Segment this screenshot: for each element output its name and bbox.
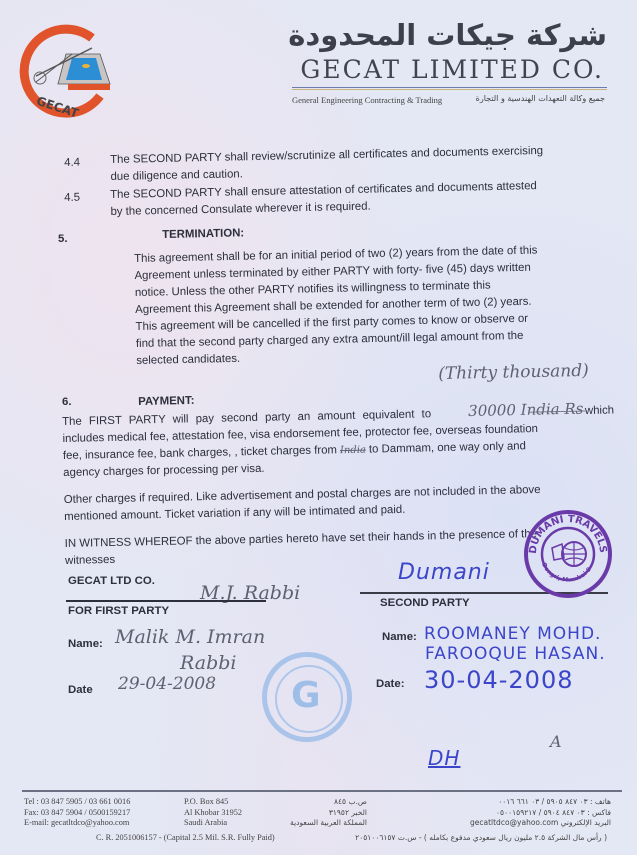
handwritten-amount-words: (Thirty thousand): [438, 361, 589, 384]
tagline-english: General Engineering Contracting & Tradin…: [292, 95, 442, 105]
payment-heading: PAYMENT:: [138, 395, 195, 408]
first-party-signature-line: [66, 600, 266, 602]
second-party-label: SECOND PARTY: [380, 597, 470, 609]
first-party-name-line2: Rabbi: [180, 652, 236, 674]
first-party-name-label: Name:: [68, 638, 103, 650]
second-party-name-label: Name:: [382, 631, 417, 643]
dumani-travels-stamp-icon: DUMANI TRAVELS Dongri, Mumbai-9: [522, 508, 614, 600]
svg-text:DUMANI TRAVELS: DUMANI TRAVELS: [528, 514, 608, 555]
svg-text:Dongri, Mumbai-9: Dongri, Mumbai-9: [540, 562, 593, 584]
initials-right: A: [550, 732, 562, 751]
gecat-company-seal: G: [262, 652, 352, 742]
second-party-name-line1: ROOMANEY MOHD.: [424, 624, 601, 644]
footer-divider: [22, 790, 622, 792]
company-name-english: GECAT LIMITED CO.: [300, 55, 604, 84]
header-divider: [292, 87, 607, 88]
termination-paragraph: This agreement shall be for an initial p…: [134, 243, 540, 370]
termination-heading: TERMINATION:: [162, 227, 244, 241]
first-party-name-line1: Malik M. Imran: [115, 626, 265, 648]
section-number-6: 6.: [62, 396, 72, 408]
footer-cr-ar: ( رأس مال الشركة ٢.٥ مليون ريال سعودي مد…: [307, 833, 607, 844]
section-number-5: 5.: [58, 233, 68, 245]
second-party-signature: Dumani: [398, 560, 490, 585]
company-name-arabic: شركة جيكات المحدودة: [288, 18, 607, 52]
footer-address-ar: ص.ب ٨٤٥ الخبر ٣١٩٥٢ المملكة العربية السع…: [257, 797, 367, 829]
clause-number: 4.5: [64, 192, 80, 204]
initials-left: DH: [428, 746, 460, 770]
footer-contact-ar: هاتف : ٠٣ ٨٤٧ ٥٩٠٥ / ٠٣ ٦٦١ ٠٠١٦ فاكس : …: [401, 797, 611, 829]
header-divider-gold: [292, 89, 607, 90]
seal-g-icon: G: [291, 675, 321, 716]
first-party-label: FOR FIRST PARTY: [68, 605, 169, 617]
footer-contact-en: Tel : 03 847 5905 / 03 661 0016 Fax: 03 …: [24, 797, 130, 829]
amount-blank: --------------------: [529, 405, 585, 418]
second-party-date-label: Date:: [376, 678, 404, 690]
footer-cr-en: C. R. 2051006157 - (Capital 2.5 Mil. S.R…: [96, 833, 275, 844]
footer-address-en: P.O. Box 845 Al Khobar 31952 Saudi Arabi…: [184, 797, 242, 829]
second-party-date: 30-04-2008: [424, 666, 573, 694]
tagline-arabic: جميع وكالة التعهدات الهندسية و التجارة: [476, 94, 605, 103]
handwritten-origin: India: [337, 445, 369, 457]
first-party-date: 29-04-2008: [118, 674, 216, 694]
clause-number: 4.4: [64, 157, 80, 169]
scanned-document-page: GECAT شركة جيكات المحدودة GECAT LIMITED …: [0, 0, 637, 855]
first-party-company: GECAT LTD CO.: [68, 575, 155, 587]
second-party-name-line2: FAROOQUE HASAN.: [425, 644, 606, 664]
first-party-date-label: Date: [68, 684, 93, 696]
gecat-logo-icon: GECAT: [14, 24, 114, 124]
clause-4-4: 4.4 The SECOND PARTY shall review/scruti…: [64, 143, 564, 153]
